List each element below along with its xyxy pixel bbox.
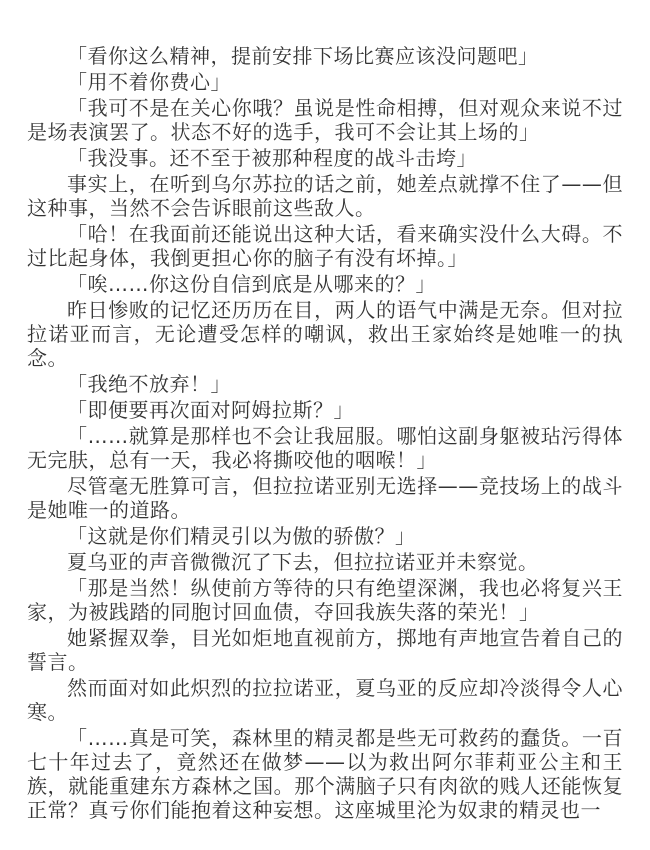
dialogue-paragraph: 「……就算是那样也不会让我屈服。哪怕这副身躯被玷污得体无完肤，总有一天，我必将撕… [27,424,623,472]
novel-page: 「看你这么精神，提前安排下场比赛应该没问题吧」「用不着你费心」「我可不是在关心你… [0,0,650,850]
narration-paragraph: 尽管毫无胜算可言，但拉拉诺亚别无选择——竞技场上的战斗是她唯一的道路。 [27,474,623,522]
dialogue-paragraph: 「看你这么精神，提前安排下场比赛应该没问题吧」 [27,44,623,68]
novel-text-block: 「看你这么精神，提前安排下场比赛应该没问题吧」「用不着你费心」「我可不是在关心你… [27,42,623,824]
dialogue-paragraph: 「用不着你费心」 [27,70,623,94]
dialogue-paragraph: 「……真是可笑，森林里的精灵都是些无可救药的蠢货。一百七十年过去了，竟然还在做梦… [27,726,623,822]
dialogue-paragraph: 「我可不是在关心你哦？虽说是性命相搏，但对观众来说不过是场表演罢了。状态不好的选… [27,96,623,144]
dialogue-paragraph: 「那是当然！纵使前方等待的只有绝望深渊，我也必将复兴王家，为被践踏的同胞讨回血债… [27,576,623,624]
dialogue-paragraph: 「唉……你这份自信到底是从哪来的？」 [27,272,623,296]
narration-paragraph: 事实上，在听到乌尔苏拉的话之前，她差点就撑不住了——但这种事，当然不会告诉眼前这… [27,172,623,220]
dialogue-paragraph: 「我没事。还不至于被那种程度的战斗击垮」 [27,146,623,170]
narration-paragraph: 夏乌亚的声音微微沉了下去，但拉拉诺亚并未察觉。 [27,550,623,574]
dialogue-paragraph: 「我绝不放弃！」 [27,372,623,396]
dialogue-paragraph: 「这就是你们精灵引以为傲的骄傲？」 [27,524,623,548]
narration-paragraph: 然而面对如此炽烈的拉拉诺亚，夏乌亚的反应却冷淡得令人心寒。 [27,676,623,724]
narration-paragraph: 她紧握双拳，目光如炬地直视前方，掷地有声地宣告着自己的誓言。 [27,626,623,674]
dialogue-paragraph: 「即便要再次面对阿姆拉斯？」 [27,398,623,422]
dialogue-paragraph: 「哈！在我面前还能说出这种大话，看来确实没什么大碍。不过比起身体，我倒更担心你的… [27,222,623,270]
narration-paragraph: 昨日惨败的记忆还历历在目，两人的语气中满是无奈。但对拉拉诺亚而言，无论遭受怎样的… [27,298,623,370]
